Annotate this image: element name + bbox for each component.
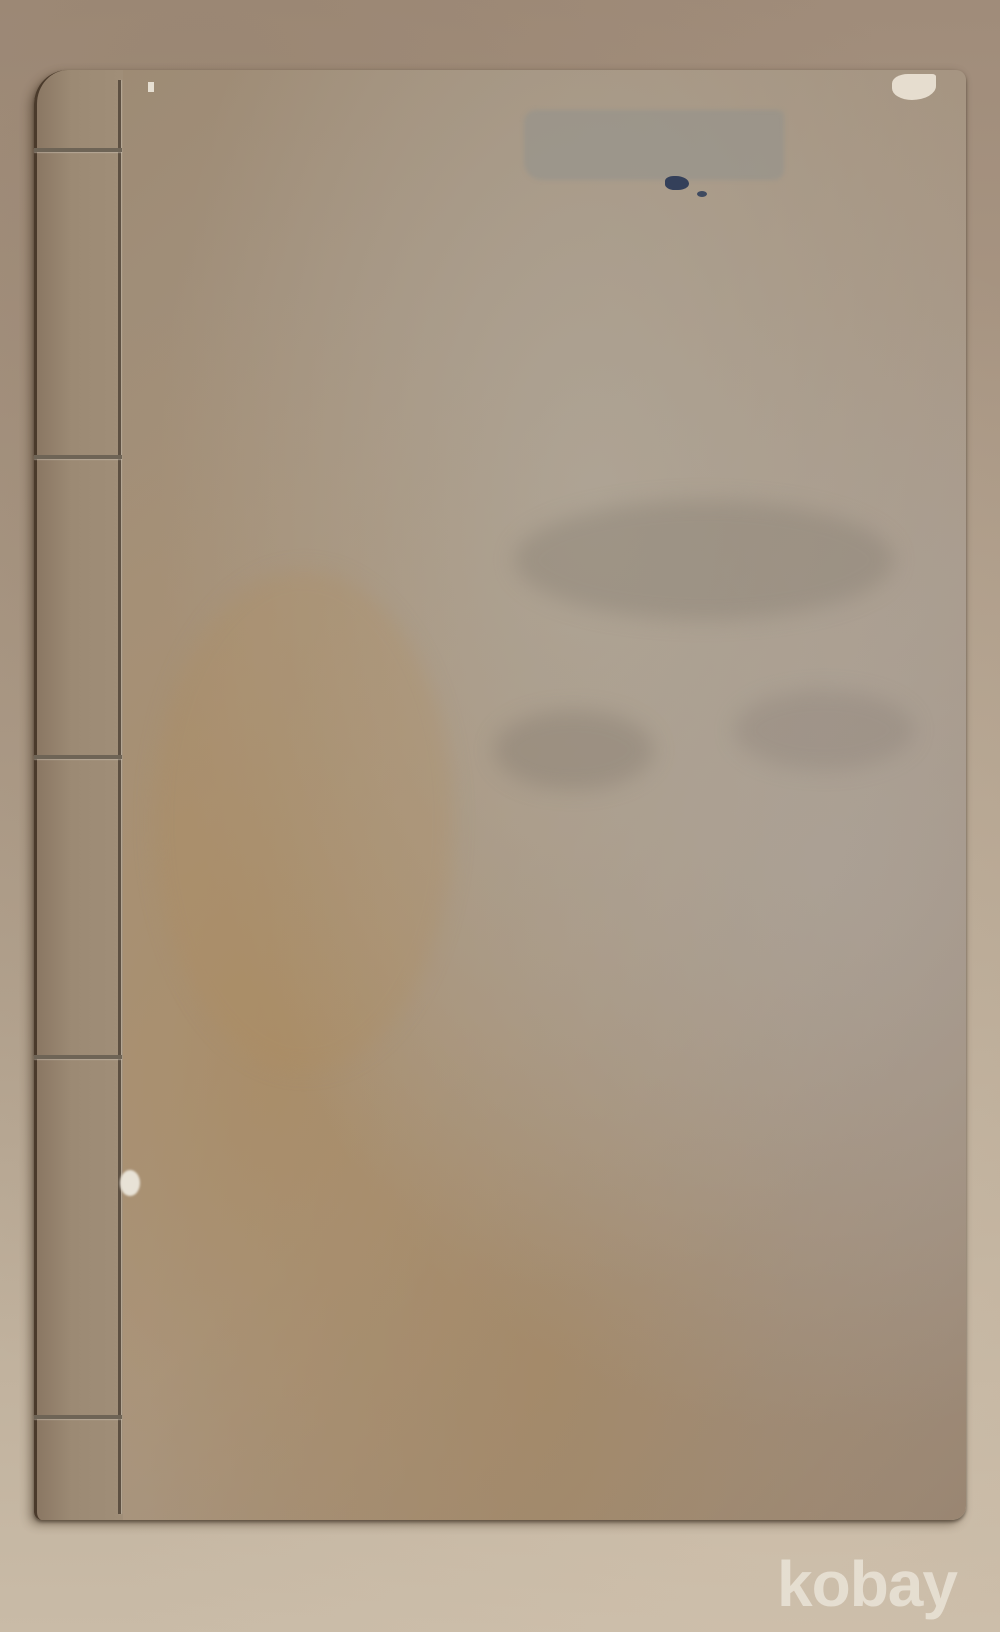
blue-ink-spot [665, 176, 689, 190]
stain [154, 570, 454, 1070]
book-spine [34, 70, 123, 1520]
stain [514, 500, 894, 620]
binding-stitch [34, 755, 122, 759]
stain [734, 690, 914, 770]
book-cover [34, 70, 966, 1520]
blue-ink-spot-small [697, 191, 707, 197]
binding-stitch [34, 148, 122, 152]
stain [494, 710, 654, 790]
paper-chip [120, 1170, 140, 1196]
paper-chip [148, 82, 154, 92]
pasted-fragment [524, 110, 784, 180]
binding-stitch [34, 1055, 122, 1059]
binding-stitch [34, 1415, 122, 1419]
torn-corner-chip [892, 74, 936, 100]
spine-fold-line [118, 80, 121, 1514]
book-photo: kobay [0, 0, 1000, 1632]
watermark: kobay [777, 1552, 957, 1616]
binding-stitch [34, 455, 122, 459]
